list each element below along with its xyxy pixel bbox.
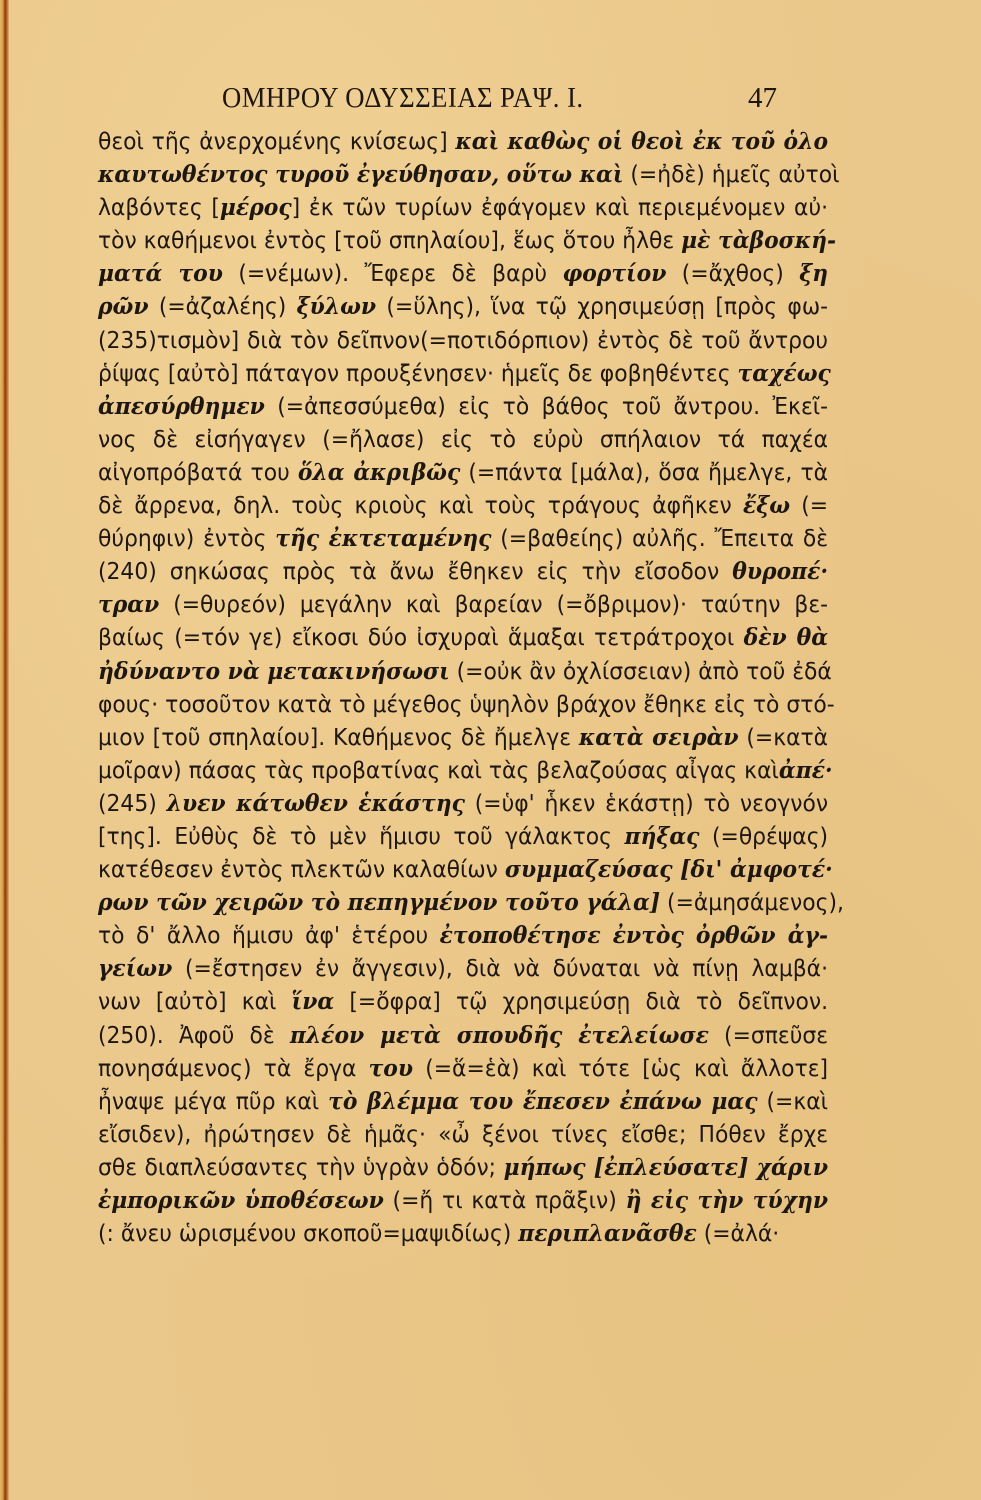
plain-text: (= <box>790 491 828 519</box>
emphasized-text: ρων τῶν χειρῶν τὸ πεπηγμένον τοῦτο γάλα] <box>98 888 660 916</box>
plain-text: (=ἅ=ἑὰ) καὶ τότε [ὡς καὶ ἄλλοτε] <box>413 1054 828 1082</box>
plain-text: (=ἄχθος) <box>666 259 799 287</box>
plain-text: (=νέμων). Ἔφερε δὲ βαρὺ <box>223 259 563 287</box>
text-line: ῥίψας [αὐτὸ] πάταγον προυξένησεν· ἡμεῖς … <box>98 357 828 390</box>
emphasized-text: πήξας <box>625 822 700 850</box>
plain-text: (=ἀλά· <box>697 1219 779 1247</box>
text-line: γείων (=ἔστησεν ἐν ἄγγεσιν), διὰ νὰ δύνα… <box>98 952 828 985</box>
plain-text: δὲ ἄρρενα, δηλ. τοὺς κριοὺς καὶ τοὺς τρά… <box>98 491 743 519</box>
plain-text: (=οὐκ ἂν ὀχλίσσειαν) ἀπὸ τοῦ ἐδά <box>450 657 832 685</box>
emphasized-text: τὸ βλέμμα του ἔπεσεν ἐπάνω μας <box>328 1087 757 1115</box>
emphasized-text: ἠδύναντο νὰ μετακινήσωσι <box>98 657 450 685</box>
plain-text: (=πάντα [μάλα), ὅσα ἤμελγε, τὰ <box>460 458 828 486</box>
plain-text: τὸν καθήμενοι ἐντὸς [τοῦ σπηλαίου], ἕως … <box>98 226 681 254</box>
emphasized-text: θυροπέ· <box>732 557 828 585</box>
plain-text: (=ἔστησεν ἐν ἄγγεσιν), διὰ νὰ δύναται νὰ… <box>172 954 828 982</box>
plain-text: μοῖραν) πάσας τὰς προβατίνας καὶ τὰς βελ… <box>98 756 779 784</box>
text-line: ρων τῶν χειρῶν τὸ πεπηγμένον τοῦτο γάλα]… <box>98 886 828 919</box>
plain-text: (=θρέψας) <box>699 822 828 850</box>
text-line: τὸ δ' ἄλλο ἥμισυ ἀφ' ἑτέρου ἐτοποθέτησε … <box>98 919 828 952</box>
running-title: ΟΜΗΡΟΥ ΟΔΥΣΣΕΙΑΣ ΡΑΨ. Ι. <box>222 82 584 115</box>
plain-text: (=ἠδὲ) ἡμεῖς αὐτοὶ <box>623 160 839 188</box>
text-line: καυτωθέντος τυροῦ ἐγεύθησαν, οὕτω καὶ (=… <box>98 158 828 191</box>
body-text: θεοὶ τῆς ἀνερχομένης κνίσεως] καὶ καθὼς … <box>98 125 828 1250</box>
emphasized-text: πλέον μετὰ σπουδῆς ἐτελείωσε <box>290 1021 709 1049</box>
text-line: πονησάμενος) τὰ ἔργα του (=ἅ=ἑὰ) καὶ τότ… <box>98 1052 828 1085</box>
emphasized-text: περιπλανᾶσθε <box>518 1219 697 1247</box>
text-line: κατέθεσεν ἐντὸς πλεκτῶν καλαθίων συμμαζε… <box>98 853 828 886</box>
emphasized-text: ματά του <box>98 259 223 287</box>
emphasized-text: μήπως [ἐπλεύσατε] χάριν <box>504 1153 828 1181</box>
text-line: βαίως (=τόν γε) εἴκοσι δύο ἰσχυραὶ ἅμαξα… <box>98 621 828 654</box>
emphasized-text: μέρος <box>220 193 292 221</box>
plain-text: φους· τοσοῦτον κατὰ τὸ μέγεθος ὑψηλὸν βρ… <box>98 690 835 718</box>
emphasized-text: ἔξω <box>743 491 790 519</box>
page-header: ΟΜΗΡΟΥ ΟΔΥΣΣΕΙΑΣ ΡΑΨ. Ι. 47 <box>0 82 981 122</box>
emphasized-text: ἵνα <box>292 987 335 1015</box>
emphasized-text: μὲ τὰβοσκή- <box>681 226 836 254</box>
text-line: εἴσιδεν), ἠρώτησεν δὲ ἡμᾶς· «ὦ ξένοι τίν… <box>98 1118 828 1151</box>
plain-text: (=ἀζαλέης) <box>149 292 297 320</box>
text-line: (250). Ἀφοῦ δὲ πλέον μετὰ σπουδῆς ἐτελεί… <box>98 1019 828 1052</box>
emphasized-text: ξύλων <box>297 292 376 320</box>
emphasized-text: ἀπέ· <box>779 756 833 784</box>
plain-text: τὸ δ' ἄλλο ἥμισυ ἀφ' ἑτέρου <box>98 921 440 949</box>
text-line: μοῖραν) πάσας τὰς προβατίνας καὶ τὰς βελ… <box>98 754 828 787</box>
text-line: τὸν καθήμενοι ἐντὸς [τοῦ σπηλαίου], ἕως … <box>98 224 828 257</box>
plain-text: ῥίψας [αὐτὸ] πάταγον προυξένησεν· ἡμεῖς … <box>98 359 738 387</box>
plain-text: (=ὕλης), ἵνα τῷ χρησιμεύσῃ [πρὸς φω- <box>376 292 828 320</box>
plain-text: αἰγοπρόβατά του <box>98 458 298 486</box>
plain-text: (=κατὰ <box>739 723 828 751</box>
emphasized-text: ἢ εἰς τὴν τύχην <box>626 1186 828 1214</box>
plain-text: (=βαθείης) αὐλῆς. Ἔπειτα δὲ <box>491 524 828 552</box>
text-line: ρῶν (=ἀζαλέης) ξύλων (=ὕλης), ἵνα τῷ χρη… <box>98 290 828 323</box>
plain-text: ἦναψε μέγα πῦρ καὶ <box>98 1087 328 1115</box>
emphasized-text: του <box>369 1054 413 1082</box>
text-line: σθε διαπλεύσαντες τὴν ὑγρὰν ὁδόν; μήπως … <box>98 1151 828 1184</box>
text-line: νων [αὐτὸ] καὶ ἵνα [=ὄφρα] τῷ χρησιμεύσῃ… <box>98 985 828 1018</box>
plain-text: μιον [τοῦ σπηλαίου]. Καθήμενος δὲ ἤμελγε <box>98 723 579 751</box>
text-line: ἀπεσύρθημεν (=ἀπεσσύμεθα) εἰς τὸ βάθος τ… <box>98 390 828 423</box>
plain-text: (245) <box>98 789 167 817</box>
emphasized-text: ταχέως <box>738 359 831 387</box>
plain-text: νος δὲ εἰσήγαγεν (=ἤλασε) εἰς τὸ εὐρὺ σπ… <box>98 425 828 453</box>
plain-text: πονησάμενος) τὰ ἔργα <box>98 1054 369 1082</box>
text-line: ἦναψε μέγα πῦρ καὶ τὸ βλέμμα του ἔπεσεν … <box>98 1085 828 1118</box>
emphasized-text: κατὰ σειρὰν <box>579 723 739 751</box>
text-line: λαβόντες [μέρος] ἐκ τῶν τυρίων ἐφάγομεν … <box>98 191 828 224</box>
text-line: [της]. Εὐθὺς δὲ τὸ μὲν ἥμισυ τοῦ γάλακτο… <box>98 820 828 853</box>
plain-text: (=ἤ τι κατὰ πρᾶξιν) <box>384 1186 626 1214</box>
emphasized-text: καὶ καθὼς οἱ θεοὶ ἐκ τοῦ ὁλο <box>455 127 828 155</box>
page-binding-edge <box>0 0 9 1500</box>
plain-text: σθε διαπλεύσαντες τὴν ὑγρὰν ὁδόν; <box>98 1153 504 1181</box>
plain-text: (=ἀπεσσύμεθα) εἰς τὸ βάθος τοῦ ἄντρου. Ἐ… <box>265 392 828 420</box>
emphasized-text: τραν <box>98 590 159 618</box>
plain-text: (240) σηκώσας πρὸς τὰ ἄνω ἔθηκεν εἰς τὴν… <box>98 557 732 585</box>
plain-text: ] ἐκ τῶν τυρίων ἐφάγομεν καὶ περιεμένομε… <box>292 193 828 221</box>
emphasized-text: ἐμπορικῶν ὑποθέσεων <box>98 1186 384 1214</box>
text-line: ματά του (=νέμων). Ἔφερε δὲ βαρὺ φορτίον… <box>98 257 828 290</box>
text-line: ἐμπορικῶν ὑποθέσεων (=ἤ τι κατὰ πρᾶξιν) … <box>98 1184 828 1217</box>
scanned-book-page: ΟΜΗΡΟΥ ΟΔΥΣΣΕΙΑΣ ΡΑΨ. Ι. 47 θεοὶ τῆς ἀνε… <box>0 0 981 1500</box>
text-line: δὲ ἄρρενα, δηλ. τοὺς κριοὺς καὶ τοὺς τρά… <box>98 489 828 522</box>
plain-text: κατέθεσεν ἐντὸς πλεκτῶν καλαθίων <box>98 855 505 883</box>
emphasized-text: ἀπεσύρθημεν <box>98 392 265 420</box>
plain-text: [της]. Εὐθὺς δὲ τὸ μὲν ἥμισυ τοῦ γάλακτο… <box>98 822 625 850</box>
plain-text: εἴσιδεν), ἠρώτησεν δὲ ἡμᾶς· «ὦ ξένοι τίν… <box>98 1120 828 1148</box>
emphasized-text: ρῶν <box>98 292 149 320</box>
plain-text: (235)τισμὸν] διὰ τὸν δεῖπνον(=ποτιδόρπιο… <box>98 326 828 354</box>
plain-text: (=θυρεόν) μεγάλην καὶ βαρείαν (=ὄβριμον)… <box>159 590 828 618</box>
text-line: θύρηφιν) ἐντὸς τῆς ἐκτεταμένης (=βαθείης… <box>98 522 828 555</box>
text-line: ἠδύναντο νὰ μετακινήσωσι (=οὐκ ἂν ὀχλίσσ… <box>98 655 828 688</box>
plain-text: θύρηφιν) ἐντὸς <box>98 524 275 552</box>
plain-text: (=ὑφ' ἧκεν ἑκάστῃ) τὸ νεογνόν <box>465 789 828 817</box>
emphasized-text: δὲν θὰ <box>744 623 828 651</box>
text-line: (: ἄνευ ὡρισμένου σκοποῦ=μαψιδίως) περιπ… <box>98 1217 828 1250</box>
page-number: 47 <box>748 82 777 115</box>
text-line: (235)τισμὸν] διὰ τὸν δεῖπνον(=ποτιδόρπιο… <box>98 324 828 357</box>
emphasized-text: τῆς ἐκτεταμένης <box>275 524 491 552</box>
text-line: τραν (=θυρεόν) μεγάλην καὶ βαρείαν (=ὄβρ… <box>98 588 828 621</box>
text-line: μιον [τοῦ σπηλαίου]. Καθήμενος δὲ ἤμελγε… <box>98 721 828 754</box>
emphasized-text: λυεν κάτωθεν ἑκάστης <box>167 789 465 817</box>
plain-text: [=ὄφρα] τῷ χρησιμεύσῃ διὰ τὸ δεῖπνον. <box>334 987 828 1015</box>
plain-text: (=ἀμησάμενος), <box>660 888 844 916</box>
emphasized-text: ἐτοποθέτησε ἐντὸς ὀρθῶν ἀγ- <box>440 921 828 949</box>
plain-text: νων [αὐτὸ] καὶ <box>98 987 292 1015</box>
emphasized-text: συμμαζεύσας [δι' ἀμφοτέ· <box>505 855 833 883</box>
plain-text: λαβόντες [ <box>98 193 220 221</box>
plain-text: (=καὶ <box>758 1087 829 1115</box>
text-line: (240) σηκώσας πρὸς τὰ ἄνω ἔθηκεν εἰς τὴν… <box>98 555 828 588</box>
text-line: νος δὲ εἰσήγαγεν (=ἤλασε) εἰς τὸ εὐρὺ σπ… <box>98 423 828 456</box>
emphasized-text: φορτίον <box>562 259 666 287</box>
text-line: (245) λυεν κάτωθεν ἑκάστης (=ὑφ' ἧκεν ἑκ… <box>98 787 828 820</box>
emphasized-text: γείων <box>98 954 172 982</box>
emphasized-text: καυτωθέντος τυροῦ ἐγεύθησαν, οὕτω καὶ <box>98 160 623 188</box>
plain-text: θεοὶ τῆς ἀνερχομένης κνίσεως] <box>98 127 455 155</box>
plain-text: βαίως (=τόν γε) εἴκοσι δύο ἰσχυραὶ ἅμαξα… <box>98 623 744 651</box>
plain-text: (250). Ἀφοῦ δὲ <box>98 1021 290 1049</box>
text-line: αἰγοπρόβατά του ὅλα ἀκριβῶς (=πάντα [μάλ… <box>98 456 828 489</box>
emphasized-text: ξη <box>799 259 828 287</box>
text-line: φους· τοσοῦτον κατὰ τὸ μέγεθος ὑψηλὸν βρ… <box>98 688 828 721</box>
plain-text: (=σπεῦσε <box>709 1021 828 1049</box>
text-line: θεοὶ τῆς ἀνερχομένης κνίσεως] καὶ καθὼς … <box>98 125 828 158</box>
emphasized-text: ὅλα ἀκριβῶς <box>298 458 460 486</box>
plain-text: (: ἄνευ ὡρισμένου σκοποῦ=μαψιδίως) <box>98 1219 518 1247</box>
